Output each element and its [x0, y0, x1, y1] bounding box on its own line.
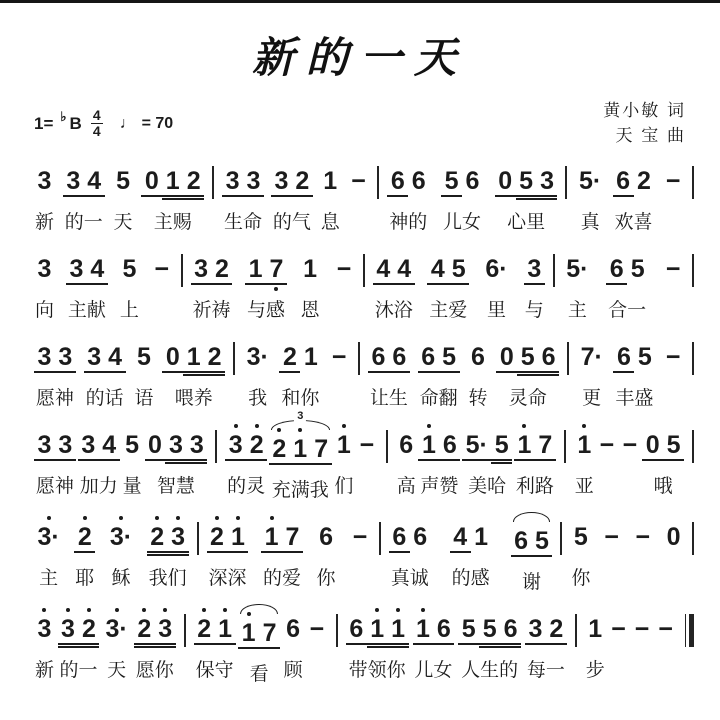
lyric: 主赐: [154, 211, 192, 234]
octave-dot-above: [524, 246, 545, 255]
beat: 1恩: [300, 246, 321, 322]
note-digit: 3: [243, 167, 264, 197]
beat-notes: 6: [316, 514, 337, 562]
quarter-note-icon: ♩: [120, 115, 136, 133]
beat-notes: 21: [207, 514, 249, 562]
beat-notes: 45: [427, 246, 469, 294]
note: 2: [74, 514, 95, 562]
beat: 17的爱: [261, 514, 303, 590]
octave-dot-above: [462, 158, 483, 167]
measure: 1步−−−: [577, 606, 685, 682]
note: 3: [34, 606, 55, 654]
octave-dot-above: [102, 606, 131, 615]
note-digit: 1: [245, 255, 266, 285]
note-digit: 6: [418, 343, 439, 373]
octave-dot-above: [222, 158, 243, 167]
note: 3·: [243, 334, 272, 382]
beat-notes: 5: [119, 246, 140, 294]
beat: 3·主: [34, 514, 63, 590]
note: 2: [292, 158, 313, 206]
lyric: 的话: [86, 387, 124, 410]
octave-dot-above: [34, 334, 55, 343]
beat: 17看: [238, 606, 280, 686]
beat-notes: 6·: [482, 246, 511, 294]
octave-dot-above: [227, 514, 248, 523]
octave-dot-above: [663, 514, 684, 523]
octave-dot-above: [613, 334, 634, 343]
beat-notes: 32: [58, 606, 100, 654]
octave-dot-below: [634, 373, 655, 382]
note: 4: [373, 246, 394, 294]
beat: 32每一: [525, 606, 567, 682]
octave-dot-below: [524, 285, 545, 294]
lyric: 更: [582, 387, 601, 410]
beat-notes: 033: [145, 422, 208, 470]
lyric: 的爱: [263, 567, 301, 590]
octave-dot-below: [408, 197, 429, 206]
beat: −: [356, 422, 378, 498]
beat: 556人生的: [458, 606, 521, 682]
note-digit: 2: [212, 255, 233, 285]
octave-dot-below: [368, 373, 389, 382]
octave-dot-above: [292, 158, 313, 167]
lyric: 的灵: [227, 475, 265, 498]
beat: −: [655, 606, 677, 682]
octave-dot-below: [55, 373, 76, 382]
meter-numerator: 4: [91, 108, 103, 124]
beat: −: [328, 334, 350, 410]
lyric: 每一: [527, 659, 565, 682]
note: 1: [238, 610, 259, 658]
beat-notes: 65: [613, 334, 655, 382]
beat: 1息: [320, 158, 341, 234]
note: −: [662, 246, 684, 294]
note: 5: [134, 334, 155, 382]
lyric: 的气: [273, 211, 311, 234]
beat: 66神的: [387, 158, 429, 234]
note: 7: [259, 610, 280, 658]
note-digit: 3: [58, 615, 79, 645]
note-digit: 2: [183, 167, 204, 197]
measure: 3·主2耶3·稣23我们: [26, 514, 197, 590]
note-digit: −: [655, 615, 677, 645]
octave-dot-below: [349, 553, 371, 562]
lyric: 你: [571, 567, 590, 590]
beat: 34的话: [84, 334, 126, 410]
octave-dot-above: [601, 514, 623, 523]
octave-dot-above: [78, 422, 99, 431]
note-digit: 0: [162, 343, 183, 373]
note-digit: 0: [496, 343, 517, 373]
octave-dot-below: [215, 645, 236, 654]
note-digit: 7: [311, 435, 332, 465]
note-digit: 2: [634, 167, 655, 197]
beat-notes: −: [655, 606, 677, 654]
note: 2: [546, 606, 567, 654]
note: 6: [389, 514, 410, 562]
note: 7: [282, 514, 303, 562]
note: 7: [535, 422, 556, 470]
note-digit: 5: [439, 343, 460, 373]
octave-dot-above: [563, 246, 592, 255]
octave-dot-above: [99, 422, 120, 431]
octave-dot-below: [306, 645, 328, 654]
measure: 66神的56儿女053心里: [379, 158, 565, 234]
slur: [240, 604, 278, 614]
measure: 66真诚41的感65谢: [381, 514, 561, 594]
measure: 21深深17的爱6你−: [199, 514, 379, 590]
beat-notes: −: [619, 422, 641, 470]
octave-dot-above: [632, 514, 654, 523]
octave-dot-below: [511, 557, 532, 566]
beat-notes: 05: [642, 422, 684, 470]
note-digit: 6: [462, 167, 483, 197]
note: 3: [165, 422, 186, 470]
lyric: 亚: [575, 475, 594, 498]
octave-dot-above: [207, 514, 228, 523]
note: 3: [55, 334, 76, 382]
note: 6: [389, 334, 410, 382]
beat: 1们: [333, 422, 354, 498]
note-digit: 1: [514, 431, 535, 461]
note: 5: [663, 422, 684, 470]
note: 0: [496, 334, 517, 382]
octave-dot-below: [34, 285, 55, 294]
slur: [513, 512, 551, 522]
octave-dot-below: [191, 285, 212, 294]
octave-dot-below: [631, 645, 653, 654]
note-digit: 1: [162, 167, 183, 197]
beat: 17与感: [245, 246, 287, 322]
octave-dot-above: [191, 246, 212, 255]
note: 5: [634, 334, 655, 382]
lyric: 喂养: [175, 387, 213, 410]
note: 6: [346, 606, 367, 654]
note-digit: 3: [34, 343, 55, 373]
octave-dot-above: [514, 422, 535, 431]
lyric: 丰盛: [615, 387, 653, 410]
octave-dot-above: [479, 606, 500, 615]
measure: 5你−−0: [562, 514, 692, 590]
note: 5: [531, 518, 552, 566]
octave-dot-above: [34, 246, 55, 255]
beat: 5·主: [563, 246, 592, 322]
octave-dot-below: [433, 645, 454, 654]
note: 6: [418, 334, 439, 382]
note: 0: [663, 514, 684, 562]
octave-dot-above: [243, 158, 264, 167]
beat-notes: 6: [468, 334, 489, 382]
lyric: 儿女: [443, 211, 481, 234]
note: 0: [642, 422, 663, 470]
note-digit: 4: [84, 167, 105, 197]
note-digit: 1: [300, 343, 321, 373]
octave-dot-below: [448, 285, 469, 294]
beat-notes: 5: [570, 514, 591, 562]
lyric: 生命: [224, 211, 262, 234]
octave-dot-below: [333, 461, 354, 470]
note: 4: [99, 422, 120, 470]
octave-dot-below: [145, 461, 166, 470]
note-digit: 4: [373, 255, 394, 285]
octave-dot-below: [570, 553, 591, 562]
octave-dot-above: [634, 158, 655, 167]
octave-dot-below: [283, 645, 304, 654]
lyric: 上: [120, 299, 139, 322]
beat-notes: −: [349, 514, 371, 562]
lyric: 们: [334, 475, 353, 498]
note-digit: 3·: [34, 523, 63, 553]
octave-dot-below: [269, 465, 290, 474]
octave-dot-below: [99, 461, 120, 470]
note: 1: [261, 514, 282, 562]
note-digit: 3: [191, 255, 212, 285]
octave-dot-below: [606, 285, 627, 294]
octave-dot-above: [279, 334, 300, 343]
beat-notes: 3: [34, 606, 55, 654]
octave-dot-below: [238, 649, 259, 658]
beat: 66让生: [368, 334, 410, 410]
beat: −: [306, 606, 328, 682]
lyric: 看: [250, 663, 269, 686]
lyric: 欢喜: [615, 211, 653, 234]
measure: 5·真62欢喜−: [567, 158, 692, 234]
lyric: 主: [39, 567, 58, 590]
octave-dot-above: [439, 334, 460, 343]
beat: −: [619, 422, 641, 498]
note: 2: [279, 334, 300, 382]
note-digit: 5: [134, 343, 155, 373]
octave-dot-above: [642, 422, 663, 431]
octave-dot-above: [606, 246, 627, 255]
note-digit: 6: [538, 343, 559, 373]
note: 1: [388, 606, 409, 654]
tempo-marking: ♩ = 70: [120, 115, 174, 133]
octave-dot-below: [394, 285, 415, 294]
lyric: 我们: [149, 567, 187, 590]
octave-dot-above: [585, 606, 606, 615]
note: 3: [34, 246, 55, 294]
lyric: 量: [123, 475, 142, 498]
note: 5: [627, 246, 648, 294]
octave-dot-above: [134, 606, 155, 615]
beat: 32祈祷: [191, 246, 233, 322]
music-line-3: 33愿神34的话5语012喂养3·我21和你−66让生65命翻6转056灵命7·…: [26, 334, 694, 410]
beat-notes: 34: [84, 334, 126, 382]
note: 5·: [462, 422, 491, 470]
octave-dot-above: [119, 246, 140, 255]
octave-dot-below: [151, 285, 173, 294]
octave-dot-above: [575, 158, 604, 167]
beat-notes: 23: [134, 606, 176, 654]
note-digit: 3: [34, 615, 55, 645]
note: −: [356, 422, 378, 470]
beat-notes: 3: [524, 246, 545, 294]
beat-notes: 6: [283, 606, 304, 654]
note: 3: [186, 422, 207, 470]
note: 6·: [482, 246, 511, 294]
octave-dot-below: [227, 553, 248, 562]
octave-dot-below: [575, 197, 604, 206]
octave-dot-below: [601, 553, 623, 562]
note: 3: [55, 422, 76, 470]
beat: 056灵命: [496, 334, 559, 410]
barline: [692, 522, 694, 555]
octave-dot-below: [662, 373, 684, 382]
score-header-row: 1=♭B 4 4 ♩ = 70 黄小敏 词 天 宝 曲: [34, 99, 686, 148]
note: 5: [491, 422, 512, 470]
octave-dot-above: [631, 606, 653, 615]
note: −: [662, 158, 684, 206]
note-digit: 3: [34, 167, 55, 197]
note-digit: 3·: [243, 343, 272, 373]
beat-notes: 5: [134, 334, 155, 382]
lyric: 人生的: [461, 659, 518, 682]
note: 0: [141, 158, 162, 206]
note: 3·: [106, 514, 135, 562]
octave-dot-above: [495, 158, 516, 167]
octave-dot-above: [243, 334, 272, 343]
beat-notes: 611: [346, 606, 409, 654]
note: 2: [183, 158, 204, 206]
beat: 45主爱: [427, 246, 469, 322]
note-digit: −: [631, 615, 653, 645]
octave-dot-above: [596, 422, 618, 431]
beat-notes: −: [601, 514, 623, 562]
octave-dot-above: [418, 422, 439, 431]
note: 4: [450, 514, 471, 562]
note-digit: −: [662, 343, 684, 373]
note: 3: [34, 334, 55, 382]
octave-dot-below: [471, 553, 492, 562]
beat: 3·稣: [106, 514, 135, 590]
song-title: 新的一天: [0, 25, 720, 85]
note: 1: [290, 426, 311, 474]
beat: 5量: [122, 422, 143, 498]
octave-dot-below: [55, 461, 76, 470]
lyric: 的一: [59, 659, 97, 682]
octave-dot-above: [537, 158, 558, 167]
beat: 21和你: [279, 334, 321, 410]
note-digit: 6: [346, 615, 367, 645]
octave-dot-below: [482, 285, 511, 294]
octave-dot-above: [328, 334, 350, 343]
lyric: 转: [468, 387, 487, 410]
note: 3: [63, 158, 84, 206]
note-digit: 2: [207, 523, 228, 553]
music-line-4: 33愿神34加力5量033智慧32的灵3217充满我1们−6高16声赞5·5美哈…: [26, 422, 694, 502]
note: 1: [227, 514, 248, 562]
note: 2: [207, 514, 228, 562]
note-digit: 5: [517, 343, 538, 373]
note-digit: 5: [119, 255, 140, 285]
note-digit: 3: [225, 431, 246, 461]
octave-dot-below: [535, 461, 556, 470]
octave-dot-below: [279, 373, 300, 382]
octave-dot-above: [147, 514, 168, 523]
beat-notes: 1: [300, 246, 321, 294]
note-digit: 1: [300, 255, 321, 285]
note-digit: 6: [368, 343, 389, 373]
octave-dot-below: [496, 373, 517, 382]
octave-dot-below: [113, 197, 134, 206]
note: 3: [537, 158, 558, 206]
beat: 1步: [585, 606, 606, 682]
octave-dot-above: [408, 158, 429, 167]
measure: 33生命32的气1息−: [214, 158, 377, 234]
beat-notes: 41: [450, 514, 492, 562]
note: 3: [168, 514, 189, 562]
beat-notes: 1: [320, 158, 341, 206]
note: 3·: [34, 514, 63, 562]
octave-dot-below: [458, 645, 479, 654]
note: 5: [458, 606, 479, 654]
beat-notes: −: [631, 606, 653, 654]
note: 1: [471, 514, 492, 562]
beat-notes: 34: [78, 422, 120, 470]
beat: 6转: [468, 334, 489, 410]
note-digit: −: [601, 523, 623, 553]
beat: 34主献: [66, 246, 108, 322]
octave-dot-above: [333, 422, 354, 431]
beat: 5·5美哈: [462, 422, 512, 498]
note: 5: [113, 158, 134, 206]
lyric: 天: [107, 659, 126, 682]
octave-dot-above: [516, 158, 537, 167]
note: 3: [34, 422, 55, 470]
note: 0: [162, 334, 183, 382]
note: 2: [204, 334, 225, 382]
note-digit: 1: [215, 615, 236, 645]
beat-notes: 33: [222, 158, 264, 206]
note-digit: 1: [418, 431, 439, 461]
note: 5: [119, 246, 140, 294]
octave-dot-below: [320, 197, 341, 206]
beat-notes: 3: [34, 246, 55, 294]
octave-dot-below: [373, 285, 394, 294]
octave-dot-below: [134, 373, 155, 382]
octave-dot-above: [348, 158, 370, 167]
beat-notes: 65: [606, 246, 648, 294]
note-digit: 6: [283, 615, 304, 645]
lyric: 新: [35, 211, 54, 234]
lyric: 儿女: [414, 659, 452, 682]
octave-dot-below: [468, 373, 489, 382]
octave-dot-above: [396, 422, 417, 431]
beat: −: [349, 514, 371, 590]
note-digit: 3: [84, 343, 105, 373]
octave-dot-below: [222, 197, 243, 206]
octave-dot-above: [34, 158, 55, 167]
tuplet-bracket: 3: [271, 420, 330, 430]
beat: 44沐浴: [373, 246, 415, 322]
note: 3: [271, 158, 292, 206]
note: 3·: [102, 606, 131, 654]
beat-notes: 66: [389, 514, 431, 562]
beat: −: [601, 514, 623, 590]
beat: 23我们: [147, 514, 189, 590]
octave-dot-below: [34, 461, 55, 470]
note: 6: [468, 334, 489, 382]
beat: 05哦: [642, 422, 684, 498]
note-digit: 2: [134, 615, 155, 645]
beat: 21保守: [194, 606, 236, 682]
note: −: [349, 514, 371, 562]
octave-dot-below: [608, 645, 630, 654]
beat: 32的气: [271, 158, 313, 234]
beat: 6高: [396, 422, 417, 498]
lyric: 愿神: [36, 387, 74, 410]
